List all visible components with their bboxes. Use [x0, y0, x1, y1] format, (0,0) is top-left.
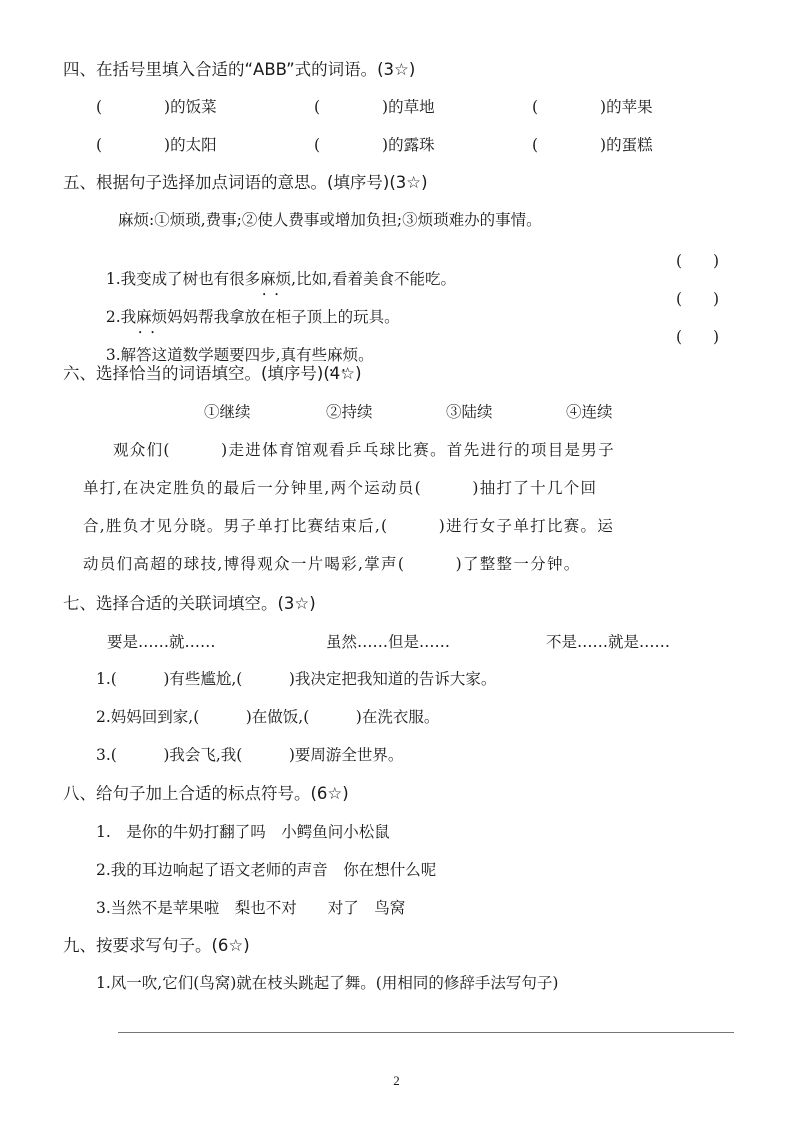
section-4-title: 四、在括号里填入合适的“ABB”式的词语。(3☆) [63, 60, 415, 80]
question-text: 。 [358, 346, 374, 364]
question-9-1: 1.风一吹,它们(鸟窝)就在枝头跳起了舞。(用相同的修辞手法写句子) [96, 973, 558, 993]
conj-option-3: 不是……就是…… [546, 632, 670, 652]
question-8-1: 1. 是你的牛奶打翻了吗 小鳄鱼问小松鼠 [96, 822, 390, 842]
dotted-word: 麻烦 [260, 270, 291, 288]
question-text: 2.我 [106, 308, 136, 326]
question-5-3: 3.解答这道数学题要四步,真有些麻烦。 [96, 325, 374, 365]
answer-blank-5-3[interactable]: ( ) [676, 325, 719, 347]
question-7-1: 1.( )有些尴尬,( )我决定把我知道的告诉大家。 [96, 669, 496, 689]
section-6-title: 六、选择恰当的词语填空。(填序号)(4☆) [63, 364, 362, 384]
option-4: ④连续 [566, 402, 613, 422]
option-2: ②持续 [326, 402, 373, 422]
paragraph-line-2: 单打,在决定胜负的最后一分钟里,两个运动员( )抽打了十几个回 [83, 478, 597, 498]
question-7-2: 2.妈妈回到家,( )在做饭,( )在洗衣服。 [96, 707, 439, 727]
page-number: 2 [0, 1073, 793, 1089]
question-8-3: 3.当然不是苹果啦 梨也不对 对了 鸟窝 [96, 898, 405, 918]
abb-blank-6[interactable]: ( )的蛋糕 [532, 135, 653, 155]
question-text: 妈妈帮我拿放在柜子顶上的玩具。 [167, 308, 400, 326]
conj-option-1: 要是……就…… [107, 632, 216, 652]
option-1: ①继续 [204, 402, 251, 422]
abb-blank-2[interactable]: ( )的草地 [314, 97, 435, 117]
conj-option-2: 虽然……但是…… [326, 632, 450, 652]
answer-blank-5-1[interactable]: ( ) [676, 249, 719, 271]
section-7-title: 七、选择合适的关联词填空。(3☆) [63, 594, 316, 614]
question-text: 1.我变成了树也有很多 [106, 270, 260, 288]
question-text: ,比如,看着美食不能吃。 [291, 270, 456, 288]
abb-blank-4[interactable]: ( )的太阳 [96, 135, 217, 155]
answer-blank-5-2[interactable]: ( ) [676, 287, 719, 309]
question-5-1: 1.我变成了树也有很多麻烦,比如,看着美食不能吃。 [96, 249, 456, 289]
question-text: 3.解答这道数学题要四步,真有些 [106, 346, 327, 364]
section-8-title: 八、给句子加上合适的标点符号。(6☆) [63, 784, 349, 804]
abb-blank-1[interactable]: ( )的饭菜 [96, 97, 217, 117]
paragraph-line-1: 观众们( )走进体育馆观看乒乓球比赛。首先进行的项目是男子 [113, 440, 615, 460]
question-7-3: 3.( )我会飞,我( )要周游全世界。 [96, 745, 403, 765]
answer-writing-line[interactable] [118, 1032, 734, 1033]
abb-blank-3[interactable]: ( )的苹果 [532, 97, 653, 117]
option-3: ③陆续 [446, 402, 493, 422]
section-5-title: 五、根据句子选择加点词语的意思。(填序号)(3☆) [63, 173, 428, 193]
question-5-2: 2.我麻烦妈妈帮我拿放在柜子顶上的玩具。 [96, 287, 400, 327]
abb-blank-5[interactable]: ( )的露珠 [314, 135, 435, 155]
section-9-title: 九、按要求写句子。(6☆) [63, 936, 250, 956]
paragraph-line-4: 动员们高超的球技,博得观众一片喝彩,掌声( )了整整一分钟。 [83, 554, 581, 574]
paragraph-line-3: 合,胜负才见分晓。男子单打比赛结束后,( )进行女子单打比赛。运 [83, 516, 614, 536]
question-8-2: 2.我的耳边响起了语文老师的声音 你在想什么呢 [96, 860, 436, 880]
dotted-word: 麻烦 [327, 346, 358, 364]
dotted-word: 麻烦 [136, 308, 167, 326]
definition-text: 麻烦:①烦琐,费事;②使人费事或增加负担;③烦琐难办的事情。 [118, 210, 542, 230]
